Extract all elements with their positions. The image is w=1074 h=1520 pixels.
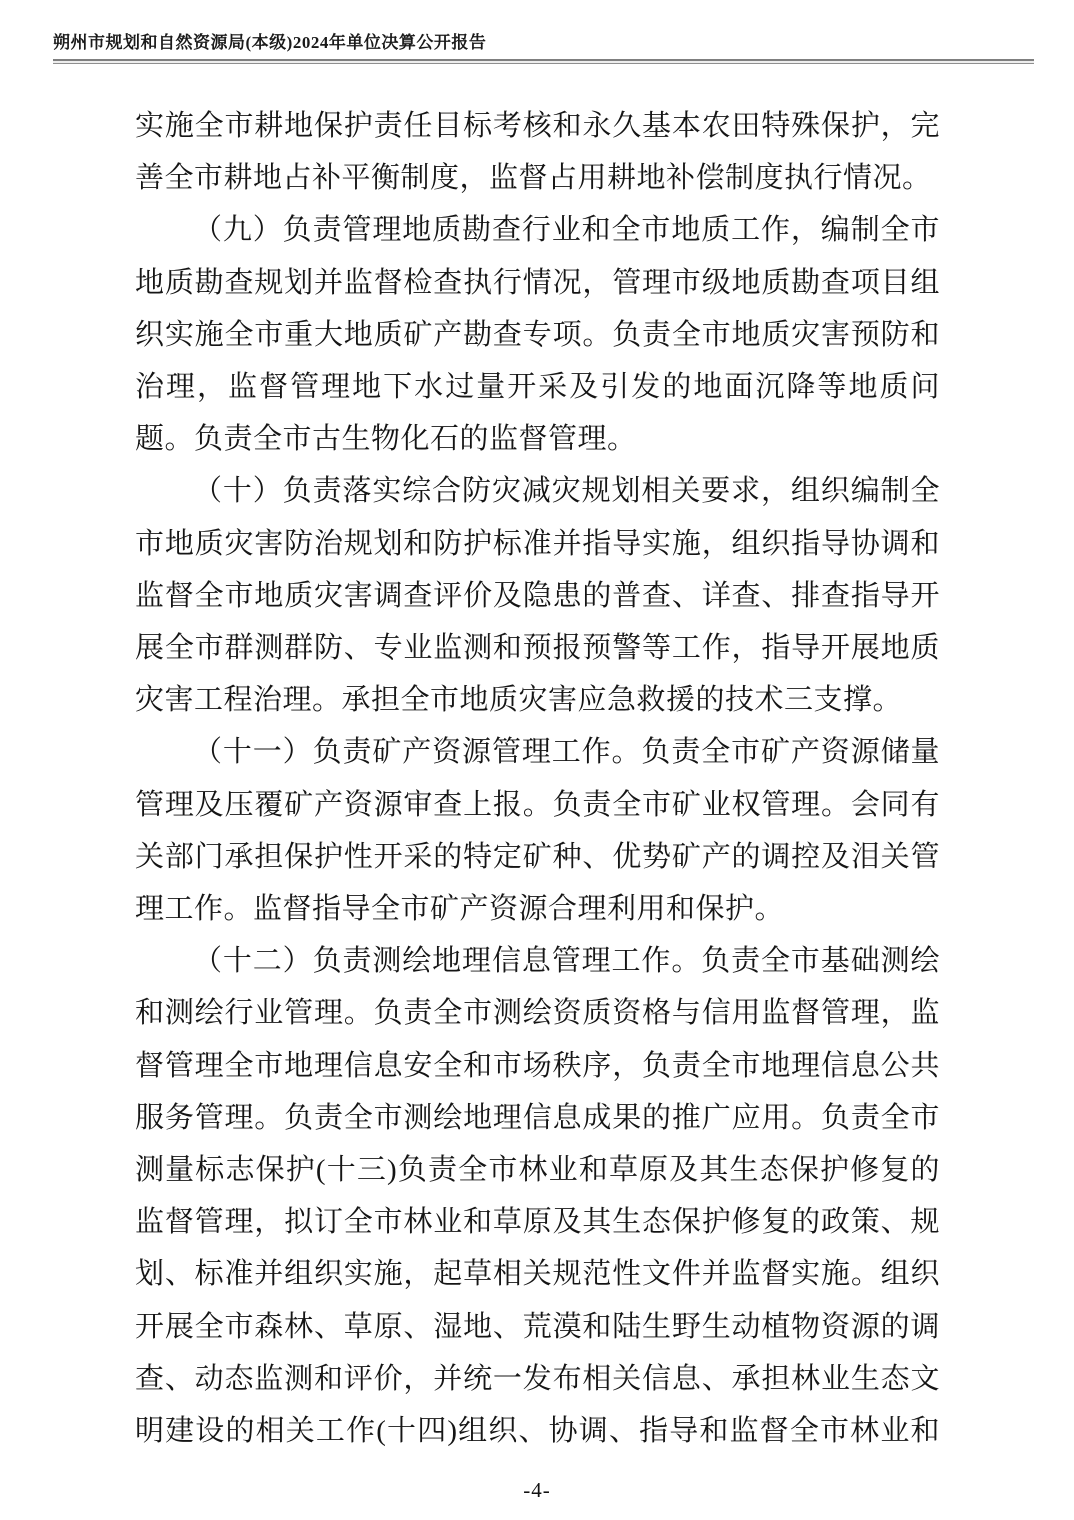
body-line: 市地质灾害防治规划和防护标准并指导实施，组织指导协调和: [135, 518, 940, 570]
body-text: 实施全市耕地保护责任目标考核和永久基本农田特殊保护，完善全市耕地占补平衡制度，监…: [135, 100, 940, 1457]
body-line: 实施全市耕地保护责任目标考核和永久基本农田特殊保护，完: [135, 100, 940, 152]
body-line: 明建设的相关工作(十四)组织、协调、指导和监督全市林业和: [135, 1405, 940, 1457]
body-line: 监督全市地质灾害调查评价及隐患的普查、详查、排查指导开: [135, 570, 940, 622]
page-header: 朔州市规划和自然资源局(本级)2024年单位决算公开报告: [53, 28, 1034, 64]
body-line: （九）负责管理地质勘查行业和全市地质工作，编制全市: [135, 204, 940, 256]
body-line: （十一）负责矿产资源管理工作。负责全市矿产资源储量: [135, 726, 940, 778]
body-line: 服务管理。负责全市测绘地理信息成果的推广应用。负责全市: [135, 1092, 940, 1144]
header-rule: [53, 59, 1034, 64]
body-line: 地质勘查规划并监督检查执行情况，管理市级地质勘查项目组: [135, 257, 940, 309]
body-line: 和测绘行业管理。负责全市测绘资质资格与信用监督管理，监: [135, 987, 940, 1039]
body-line: 关部门承担保护性开采的特定矿种、优势矿产的调控及泪关管: [135, 831, 940, 883]
paragraph: （十）负责落实综合防灾减灾规划相关要求，组织编制全市地质灾害防治规划和防护标准并…: [135, 465, 940, 726]
body-line: 查、动态监测和评价，并统一发布相关信息、承担林业生态文: [135, 1353, 940, 1405]
body-line: 划、标准并组织实施，起草相关规范性文件并监督实施。组织: [135, 1248, 940, 1300]
body-line: 开展全市森林、草原、湿地、荒漠和陆生野生动植物资源的调: [135, 1301, 940, 1353]
body-line: 治理，监督管理地下水过量开采及引发的地面沉降等地质问: [135, 361, 940, 413]
header-title: 朔州市规划和自然资源局(本级)2024年单位决算公开报告: [53, 28, 1034, 53]
document-page: 朔州市规划和自然资源局(本级)2024年单位决算公开报告 实施全市耕地保护责任目…: [0, 0, 1074, 1520]
paragraph: （九）负责管理地质勘查行业和全市地质工作，编制全市地质勘查规划并监督检查执行情况…: [135, 204, 940, 465]
paragraph: （十二）负责测绘地理信息管理工作。负责全市基础测绘和测绘行业管理。负责全市测绘资…: [135, 935, 940, 1457]
body-line: 织实施全市重大地质矿产勘查专项。负责全市地质灾害预防和: [135, 309, 940, 361]
page-number: -4-: [0, 1478, 1074, 1503]
body-line: 监督管理，拟订全市林业和草原及其生态保护修复的政策、规: [135, 1196, 940, 1248]
paragraph: （十一）负责矿产资源管理工作。负责全市矿产资源储量管理及压覆矿产资源审查上报。负…: [135, 726, 940, 935]
body-line: （十二）负责测绘地理信息管理工作。负责全市基础测绘: [135, 935, 940, 987]
body-line: 善全市耕地占补平衡制度，监督占用耕地补偿制度执行情况。: [135, 152, 940, 204]
body-line: 理工作。监督指导全市矿产资源合理利用和保护。: [135, 883, 940, 935]
body-line: 督管理全市地理信息安全和市场秩序，负责全市地理信息公共: [135, 1040, 940, 1092]
body-line: 灾害工程治理。承担全市地质灾害应急救援的技术三支撑。: [135, 674, 940, 726]
body-line: 展全市群测群防、专业监测和预报预警等工作，指导开展地质: [135, 622, 940, 674]
paragraph: 实施全市耕地保护责任目标考核和永久基本农田特殊保护，完善全市耕地占补平衡制度，监…: [135, 100, 940, 204]
body-line: （十）负责落实综合防灾减灾规划相关要求，组织编制全: [135, 465, 940, 517]
body-line: 测量标志保护(十三)负责全市林业和草原及其生态保护修复的: [135, 1144, 940, 1196]
body-line: 题。负责全市古生物化石的监督管理。: [135, 413, 940, 465]
body-line: 管理及压覆矿产资源审查上报。负责全市矿业权管理。会同有: [135, 779, 940, 831]
